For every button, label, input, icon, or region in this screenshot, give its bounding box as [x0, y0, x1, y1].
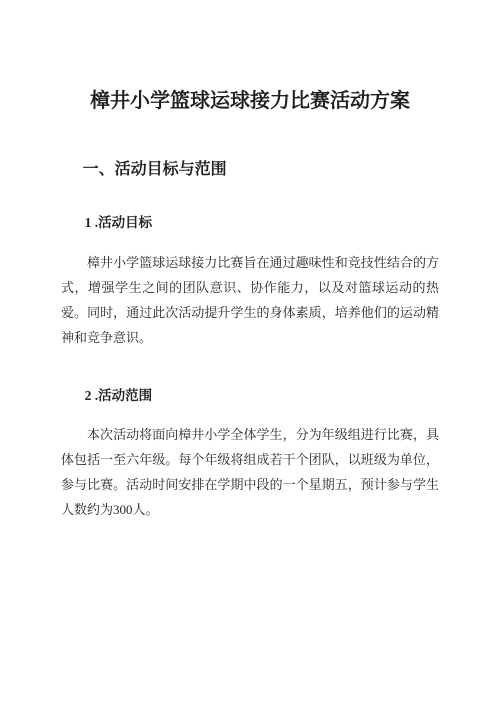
section-heading: 一、活动目标与范围: [61, 160, 439, 180]
paragraph-scope: 本次活动将面向樟井小学全体学生，分为年级组进行比赛，具体包括一至六年级。每个年级…: [61, 422, 439, 522]
subsection-heading-scope: 2 .活动范围: [61, 387, 439, 405]
document-page: 樟井小学篮球运球接力比赛活动方案 一、活动目标与范围 1 .活动目标 樟井小学篮…: [0, 0, 500, 707]
document-title: 樟井小学篮球运球接力比赛活动方案: [61, 89, 439, 113]
paragraph-goals: 樟井小学篮球运球接力比赛旨在通过趣味性和竞技性结合的方式，增强学生之间的团队意识…: [61, 250, 439, 350]
subsection-heading-goals: 1 .活动目标: [61, 214, 439, 232]
